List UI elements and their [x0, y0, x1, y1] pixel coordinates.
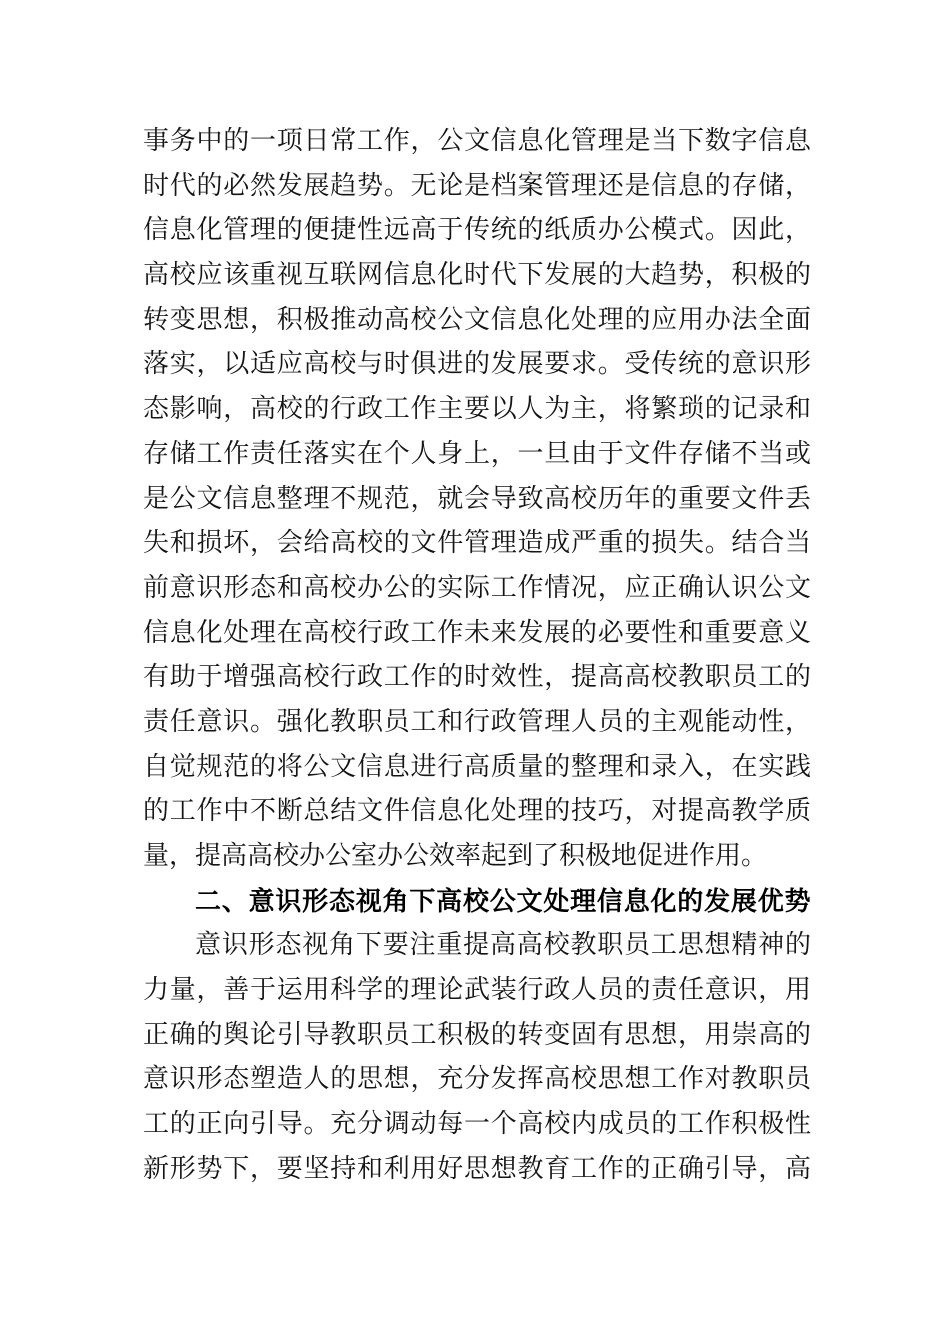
paragraph1-line: 态影响，高校的行政工作主要以人为主，将繁琐的记录和 [143, 387, 811, 432]
paragraph1-line: 存储工作责任落实在个人身上，一旦由于文件存储不当或 [143, 432, 811, 477]
paragraph2-line: 意识形态塑造人的思想，充分发挥高校思想工作对教职员 [143, 1057, 811, 1102]
paragraph1-line: 责任意识。强化教职员工和行政管理人员的主观能动性， [143, 700, 811, 745]
paragraph1-line: 有助于增强高校行政工作的时效性，提高高校教职员工的 [143, 655, 811, 700]
paragraph1-line: 前意识形态和高校办公的实际工作情况，应正确认识公文 [143, 566, 811, 611]
paragraph2-line: 意识形态视角下要注重提高高校教职员工思想精神的 [143, 923, 811, 968]
document-body: 事务中的一项日常工作，公文信息化管理是当下数字信息 时代的必然发展趋势。无论是档… [143, 119, 811, 1192]
paragraph1-line: 的工作中不断总结文件信息化处理的技巧，对提高教学质 [143, 789, 811, 834]
document-page: 事务中的一项日常工作，公文信息化管理是当下数字信息 时代的必然发展趋势。无论是档… [0, 0, 950, 1344]
paragraph1-line: 失和损坏，会给高校的文件管理造成严重的损失。结合当 [143, 521, 811, 566]
paragraph1-line: 信息化管理的便捷性远高于传统的纸质办公模式。因此， [143, 208, 811, 253]
paragraph1-line: 事务中的一项日常工作，公文信息化管理是当下数字信息 [143, 119, 811, 164]
paragraph1-line: 量，提高高校办公室办公效率起到了积极地促进作用。 [143, 834, 811, 879]
paragraph1-line: 信息化处理在高校行政工作未来发展的必要性和重要意义 [143, 611, 811, 656]
paragraph2-line: 工的正向引导。充分调动每一个高校内成员的工作积极性 [143, 1102, 811, 1147]
paragraph1-line: 高校应该重视互联网信息化时代下发展的大趋势，积极的 [143, 253, 811, 298]
paragraph1-line: 转变思想，积极推动高校公文信息化处理的应用办法全面 [143, 298, 811, 343]
paragraph2-line: 正确的舆论引导教职员工积极的转变固有思想，用崇高的 [143, 1013, 811, 1058]
paragraph1-line: 自觉规范的将公文信息进行高质量的整理和录入，在实践 [143, 745, 811, 790]
paragraph1-line: 是公文信息整理不规范，就会导致高校历年的重要文件丢 [143, 477, 811, 522]
paragraph2-line: 力量，善于运用科学的理论武装行政人员的责任意识，用 [143, 968, 811, 1013]
paragraph2-line: 新形势下，要坚持和利用好思想教育工作的正确引导，高 [143, 1147, 811, 1192]
section-heading: 二、意识形态视角下高校公文处理信息化的发展优势 [143, 879, 811, 924]
paragraph1-line: 时代的必然发展趋势。无论是档案管理还是信息的存储， [143, 164, 811, 209]
paragraph1-line: 落实，以适应高校与时俱进的发展要求。受传统的意识形 [143, 342, 811, 387]
